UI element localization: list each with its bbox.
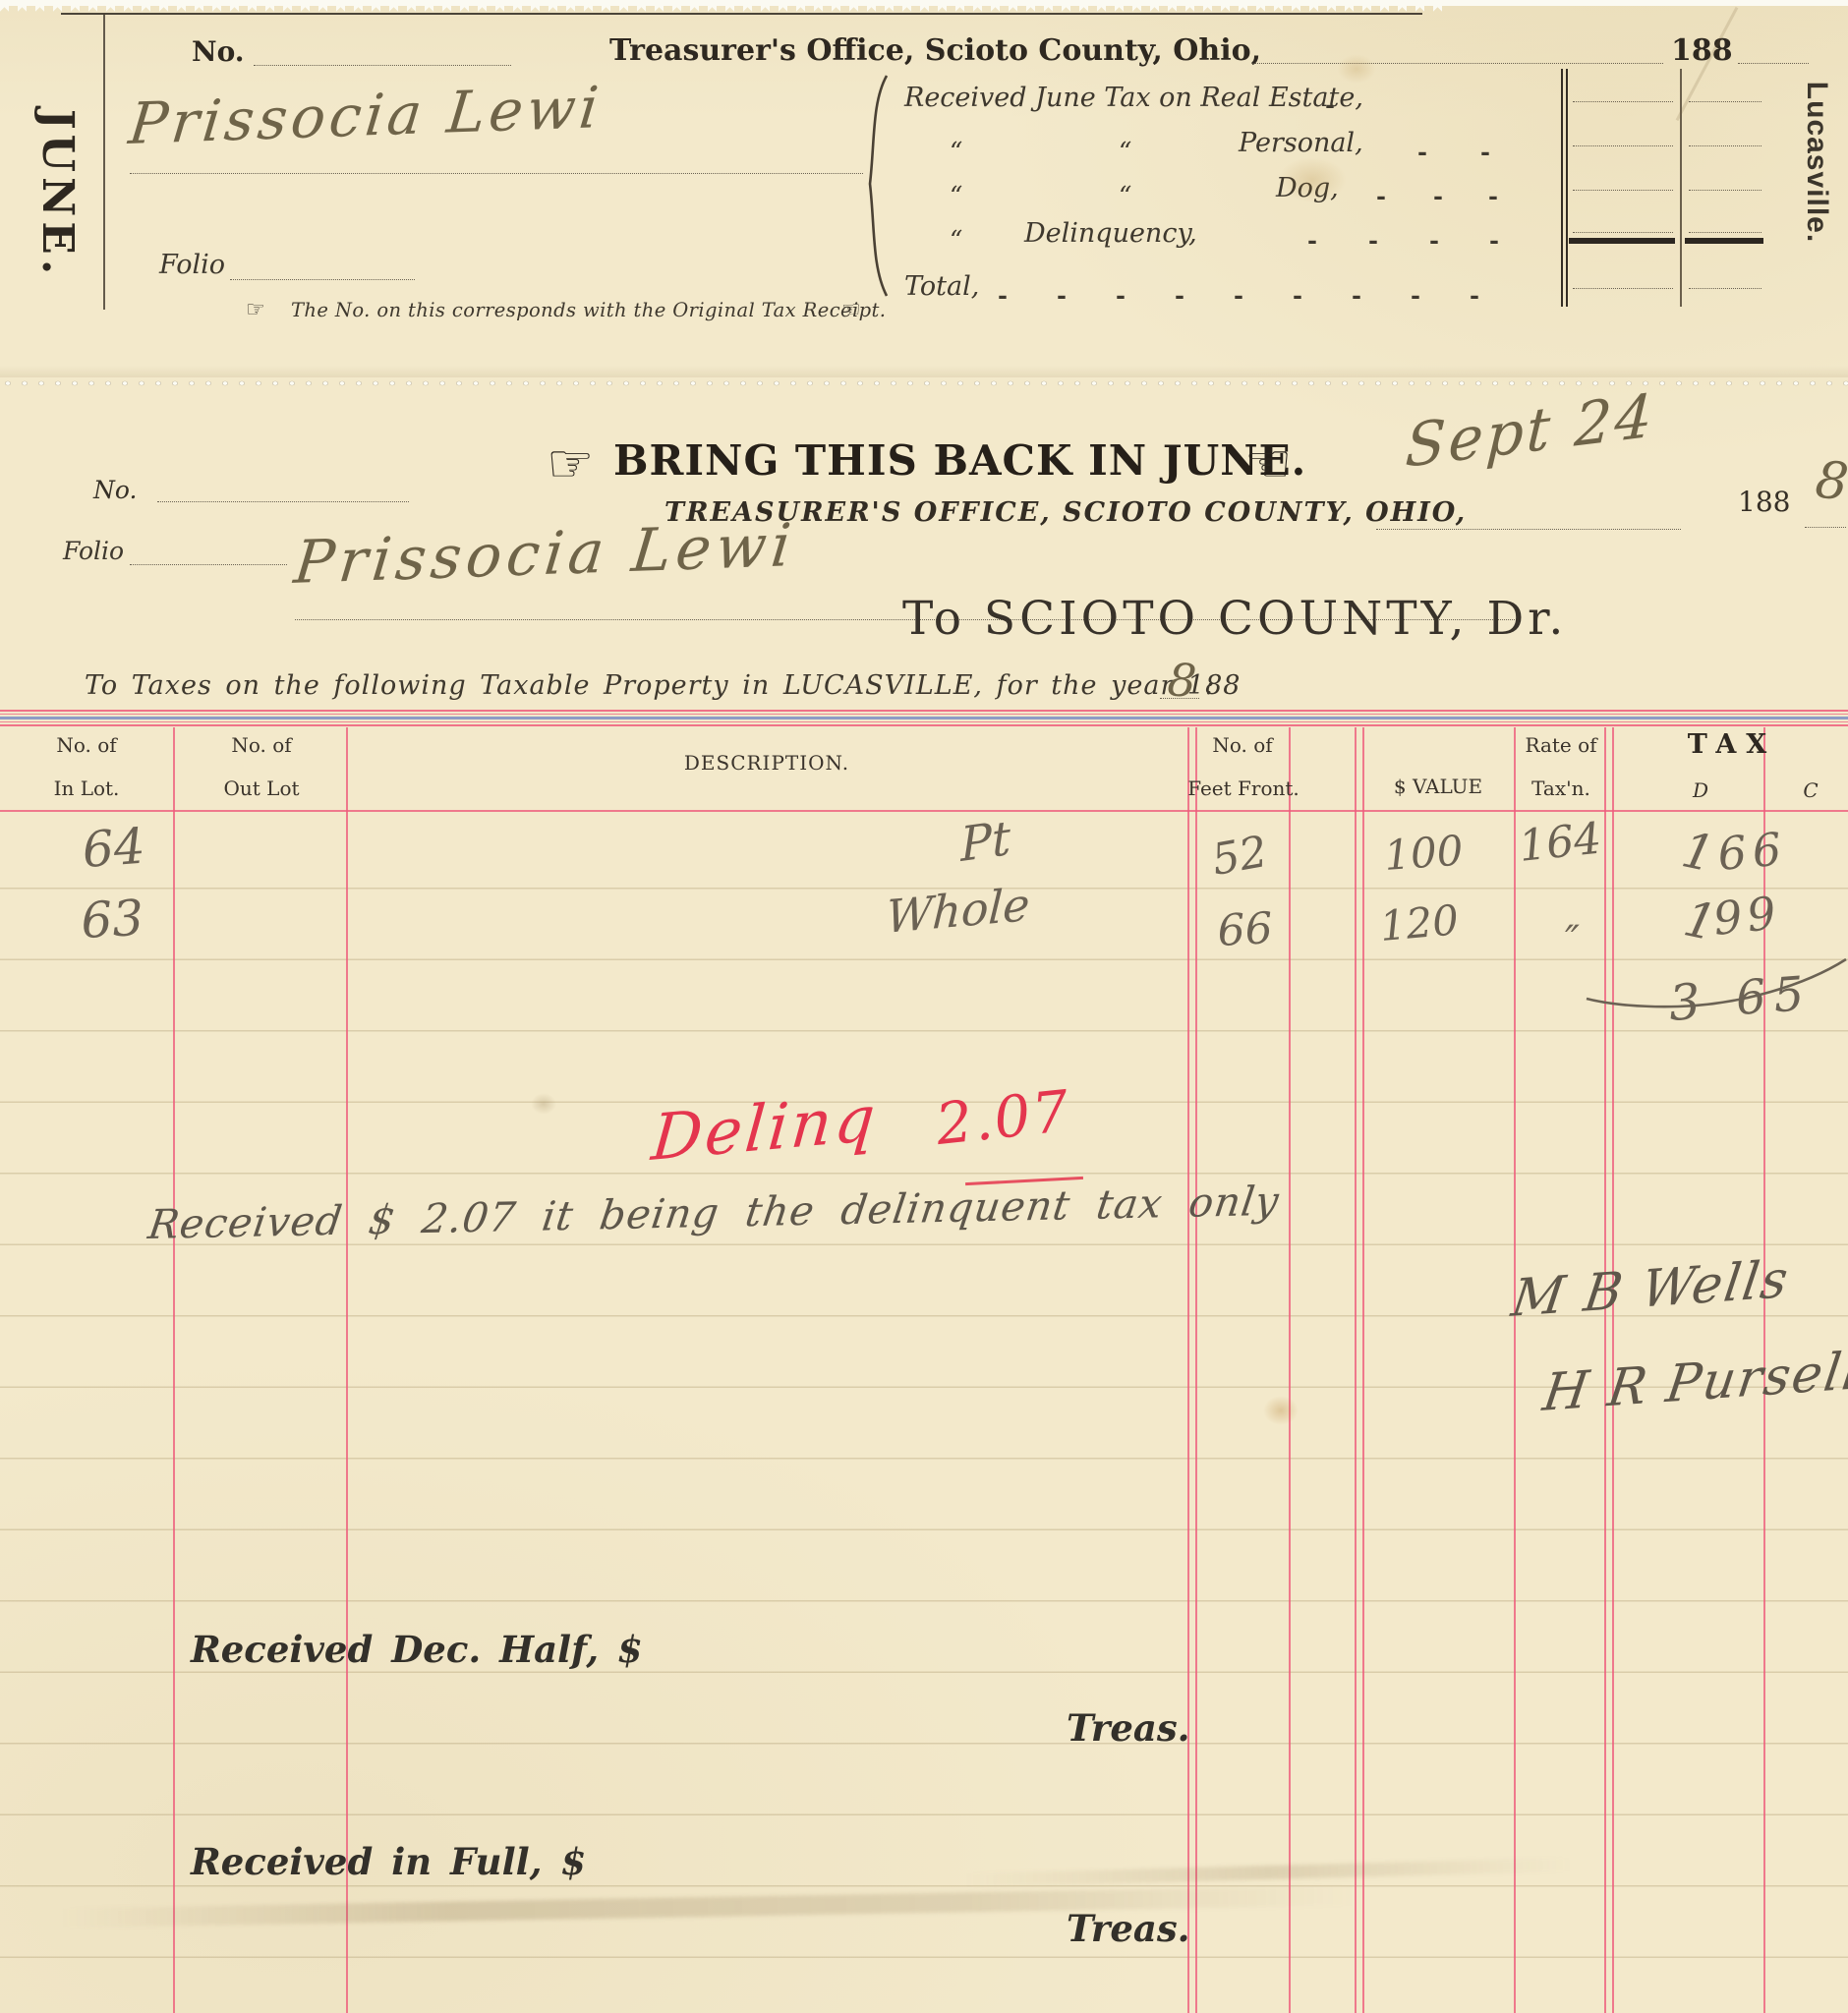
- stub-dash: -: [1325, 90, 1335, 119]
- row2-tax-cents: 99: [1710, 886, 1783, 946]
- stub-line-real-estate: Received June Tax on Real Estate,: [904, 83, 1363, 113]
- stub-dash: -: [1488, 182, 1498, 210]
- money-grid-heavy-bar: [1685, 238, 1763, 244]
- receipt-debtor-line: To SCIOTO COUNTY, Dr.: [902, 592, 1567, 646]
- table-top-border-pink: [0, 714, 1848, 715]
- stub-place-text: Lucasville.: [1800, 82, 1833, 243]
- header-description: DESCRIPTION.: [346, 751, 1187, 775]
- column-rule: [1355, 727, 1357, 2013]
- row1-tax-cents: 66: [1715, 822, 1789, 881]
- stub-dash: -: [1417, 138, 1427, 166]
- stub-dash: -: [1470, 281, 1479, 310]
- header-value-text: $ VALUE: [1394, 775, 1482, 798]
- receipt-year-handwriting: 8: [1813, 450, 1848, 512]
- red-delinquency-amount: 2.07: [933, 1077, 1073, 1158]
- perforation-row: [0, 377, 1848, 390]
- stub-line-delinquency: Delinquency,: [1024, 218, 1197, 249]
- receipt-folio-label: Folio: [63, 537, 124, 565]
- header-in-lot-text2: In Lot.: [54, 776, 120, 800]
- money-grid-left-rule-2: [1566, 69, 1568, 307]
- stub-no-dotted-line: [254, 65, 511, 66]
- stub-payer-name-handwriting: Prissocia Lewi: [126, 74, 606, 157]
- paper-stain: [1337, 54, 1376, 84]
- column-rule: [1362, 727, 1364, 2013]
- total-tax-cents: 65: [1734, 966, 1814, 1026]
- stub-note: The No. on this corresponds with the Ori…: [291, 299, 886, 321]
- money-grid-dotted-row: [1573, 288, 1673, 289]
- header-tax-d-text: D: [1693, 778, 1708, 802]
- stub-folio-dotted-line: [230, 279, 415, 280]
- table-top-border-blue: [0, 717, 1848, 719]
- tax-line-year-dots: [1160, 698, 1199, 699]
- stub-ditto-mark: “: [950, 182, 962, 211]
- pointing-hand-right-icon: ☞: [547, 432, 594, 494]
- stub-place-vertical-label: Lucasville.: [1787, 79, 1846, 246]
- header-out-lot-line1: No. of: [175, 733, 348, 757]
- stub-ditto-mark: “: [950, 138, 962, 167]
- column-rule: [1187, 727, 1189, 2013]
- stub-name-dotted-line: [130, 173, 863, 174]
- stub-dash: -: [1352, 281, 1361, 310]
- money-grid-dotted-row: [1689, 145, 1761, 146]
- pointing-hand-right-icon: ☞: [246, 298, 265, 322]
- receipt-tax-line-colon: :: [1205, 670, 1214, 701]
- pointing-hand-left-icon: ☜: [841, 298, 861, 322]
- header-feet-line2: Feet Front.: [1180, 776, 1307, 800]
- money-grid-heavy-bar: [1569, 238, 1675, 244]
- stub-no-label: No.: [192, 35, 245, 68]
- row2-value: 120: [1378, 895, 1461, 950]
- stub-dash: -: [1116, 281, 1126, 310]
- stub-dash: -: [1480, 138, 1490, 166]
- stub-dash: -: [1489, 226, 1499, 255]
- stub-top-border: [61, 13, 1422, 15]
- stub-dash: -: [1376, 182, 1386, 210]
- row1-value: 100: [1383, 827, 1465, 880]
- money-grid-dotted-row: [1689, 232, 1761, 233]
- header-rate-text1: Rate of: [1525, 733, 1596, 757]
- stub-dash: -: [1429, 226, 1439, 255]
- header-tax: TAX: [1624, 729, 1840, 760]
- header-out-lot-line2: Out Lot: [175, 776, 348, 800]
- receipt-date-handwriting: Sept 24: [1404, 381, 1656, 482]
- stub-dash: -: [998, 281, 1008, 310]
- perforation-shadow: [0, 366, 1848, 377]
- receipt-no-label: No.: [93, 476, 137, 504]
- header-rate-text2: Tax'n.: [1531, 776, 1590, 800]
- money-grid-dotted-row: [1689, 190, 1761, 191]
- stub-month-text: JUNE.: [33, 108, 84, 278]
- header-value: $ VALUE: [1362, 775, 1514, 798]
- stub-line-dog: Dog,: [1276, 173, 1339, 203]
- treasurer-signature-label-1: Treas.: [1067, 1706, 1190, 1750]
- stub-dash: -: [1175, 281, 1184, 310]
- money-grid-left-rule: [1561, 69, 1563, 307]
- stub-left-rule: [103, 13, 105, 310]
- pointing-hand-left-icon: ☜: [1244, 432, 1292, 494]
- row1-feet-front: 52: [1208, 827, 1271, 886]
- table-top-border-pink: [0, 710, 1848, 712]
- header-tax-c: C: [1781, 778, 1840, 802]
- receipt-year-dotted-line: [1805, 527, 1846, 528]
- header-in-lot-line2: In Lot.: [0, 776, 173, 800]
- receipt-banner: BRING THIS BACK IN JUNE.: [613, 436, 1306, 485]
- stub-ditto-mark: “: [950, 226, 962, 256]
- header-in-lot-line1: No. of: [0, 733, 173, 757]
- header-tax-text: TAX: [1688, 729, 1777, 760]
- column-rule: [346, 727, 348, 2013]
- received-in-full-label: Received in Full, $: [191, 1840, 586, 1883]
- stub-office-header: Treasurer's Office, Scioto County, Ohio,: [609, 33, 1261, 68]
- stub-header-dotted-line: [1252, 63, 1663, 64]
- receipt-payer-name-handwriting: Prissocia Lewi: [291, 511, 799, 598]
- money-grid-dotted-row: [1573, 101, 1673, 102]
- header-tax-c-text: C: [1803, 778, 1818, 802]
- receipt-no-dotted-line: [157, 501, 409, 502]
- header-description-text: DESCRIPTION.: [684, 751, 849, 775]
- stub-brace: [863, 73, 891, 299]
- table-top-border-pink: [0, 724, 1848, 726]
- receipt-folio-dotted-line: [130, 564, 287, 565]
- stub-year: 188: [1671, 33, 1733, 68]
- header-in-lot-text1: No. of: [56, 733, 116, 757]
- header-rate-line1: Rate of: [1514, 733, 1608, 757]
- column-rule: [1289, 727, 1291, 2013]
- stub-line-total: Total,: [904, 271, 979, 302]
- receipt-date-dotted-line: [1376, 529, 1681, 530]
- column-rule: [1514, 727, 1516, 2013]
- header-feet-line1: No. of: [1195, 733, 1290, 757]
- stub-money-grid: [1561, 69, 1769, 307]
- money-grid-dotted-row: [1573, 145, 1673, 146]
- treasurer-signature-label-2: Treas.: [1067, 1907, 1190, 1950]
- table-header-underline: [0, 810, 1848, 812]
- row1-in-lot: 64: [81, 818, 147, 879]
- table-top-border-pink: [0, 721, 1848, 722]
- received-dec-half-label: Received Dec. Half, $: [191, 1628, 643, 1671]
- money-grid-divider: [1680, 69, 1682, 307]
- stub-dash: -: [1307, 226, 1317, 255]
- row1-description: Pt: [959, 811, 1011, 873]
- header-out-lot-text1: No. of: [231, 733, 291, 757]
- header-feet-text2: Feet Front.: [1187, 776, 1299, 800]
- column-rule: [1195, 727, 1197, 2013]
- stub-dash: -: [1293, 281, 1302, 310]
- money-grid-dotted-row: [1689, 101, 1761, 102]
- stub-ditto-mark: “: [1119, 138, 1131, 167]
- total-tax-dollars: 3: [1667, 973, 1703, 1032]
- stub-dash: -: [1433, 182, 1443, 210]
- money-grid-dotted-row: [1573, 190, 1673, 191]
- stub-dash: -: [1368, 226, 1378, 255]
- receipt-tax-line-year-handwriting: 8: [1166, 653, 1198, 708]
- money-grid-dotted-row: [1573, 232, 1673, 233]
- header-tax-d: D: [1671, 778, 1730, 802]
- row2-rate-ditto: ″: [1565, 918, 1580, 963]
- stub-year-dotted-line: [1738, 63, 1809, 64]
- money-grid-dotted-row: [1689, 288, 1761, 289]
- stub-dash: -: [1057, 281, 1067, 310]
- stub-folio-label: Folio: [159, 250, 225, 280]
- stub-dash: -: [1411, 281, 1420, 310]
- column-rule: [173, 727, 175, 2013]
- header-feet-text1: No. of: [1212, 733, 1272, 757]
- row2-feet-front: 66: [1216, 903, 1274, 956]
- stub-line-personal: Personal,: [1239, 128, 1363, 158]
- row2-in-lot: 63: [80, 890, 145, 949]
- receipt-tax-line: To Taxes on the following Taxable Proper…: [85, 670, 1241, 701]
- header-out-lot-text2: Out Lot: [223, 776, 299, 800]
- header-rate-line2: Tax'n.: [1514, 776, 1608, 800]
- stub-month-vertical-label: JUNE.: [24, 90, 92, 297]
- receipt-year: 188: [1738, 486, 1790, 518]
- document-scan: JUNE. No. Treasurer's Office, Scioto Cou…: [0, 0, 1848, 2013]
- stub-ditto-mark: “: [1119, 182, 1131, 211]
- row1-rate: 164: [1517, 814, 1604, 872]
- stub-dash: -: [1234, 281, 1243, 310]
